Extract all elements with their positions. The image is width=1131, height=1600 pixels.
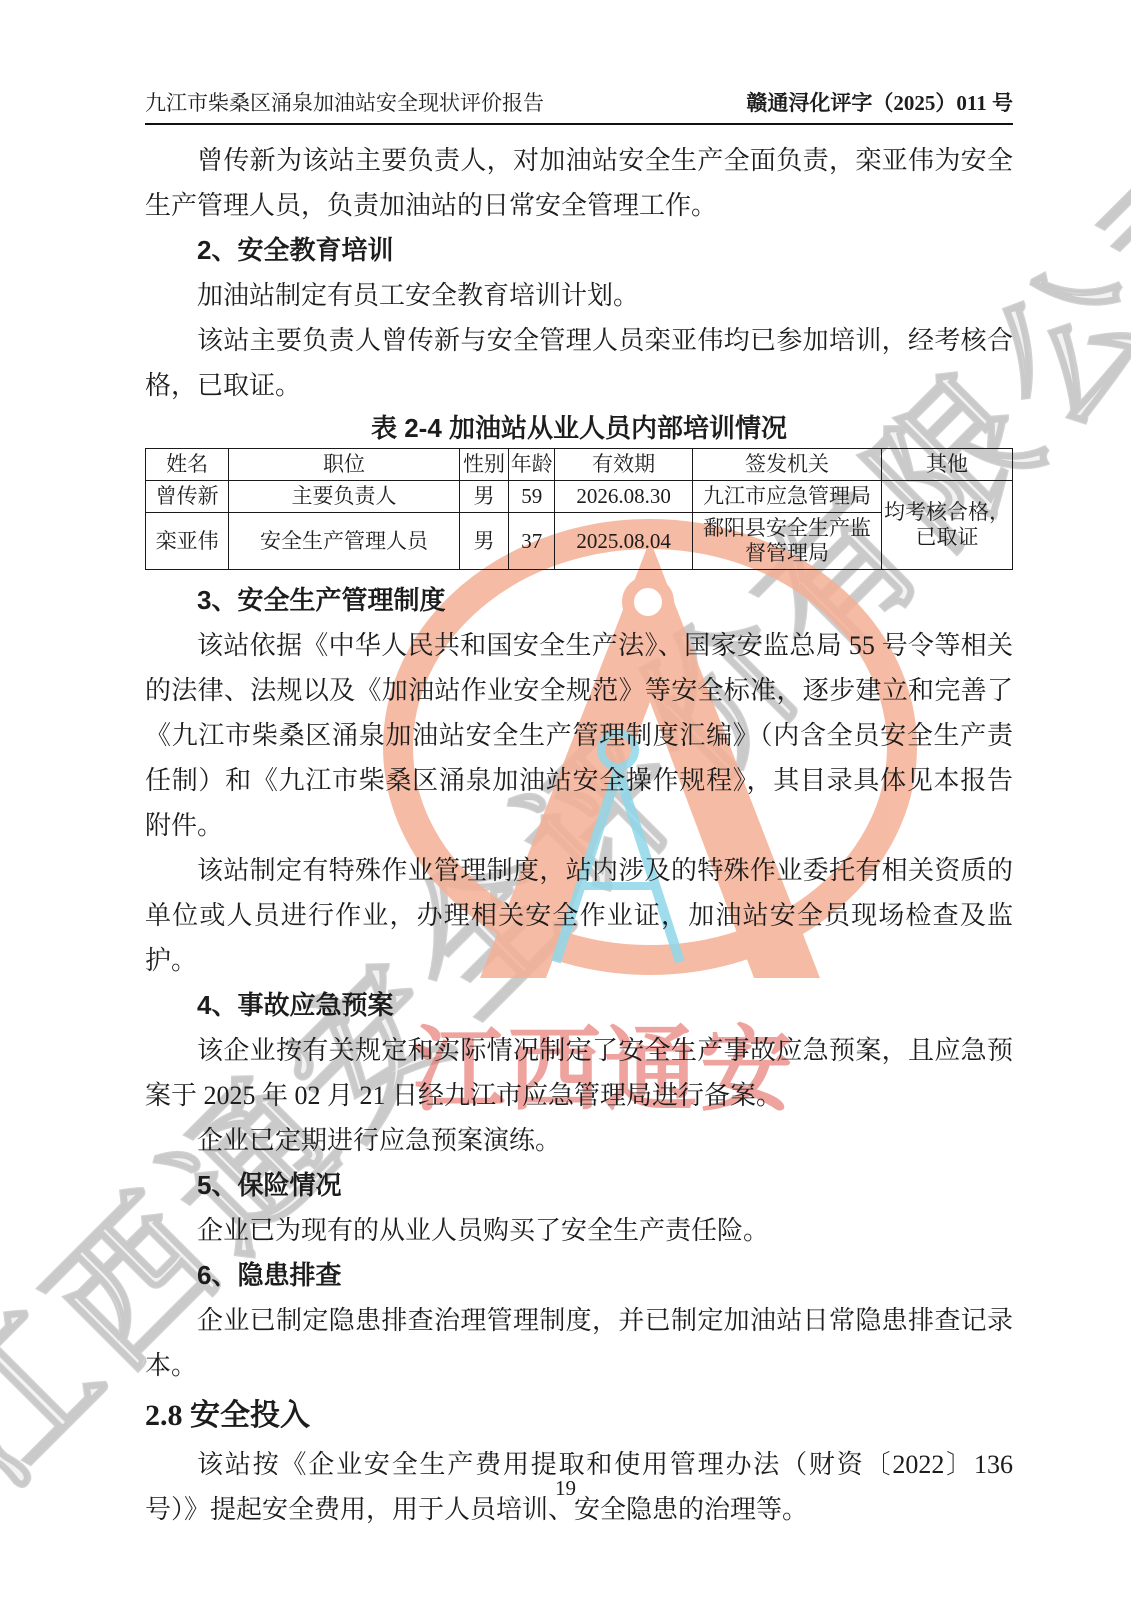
header-report-title: 九江市柴桑区涌泉加油站安全现状评价报告 <box>145 90 544 116</box>
document-page: 江西通安全评价有限公司 江西通安 九江市柴桑区涌泉加油站安全现状评价报告 赣通浔… <box>0 0 1131 1600</box>
paragraph: 该企业按有关规定和实际情况制定了安全生产事故应急预案，且应急预案于 2025 年… <box>145 1028 1013 1118</box>
col-header-valid: 有效期 <box>555 449 693 481</box>
paragraph: 企业已为现有的从业人员购买了安全生产责任险。 <box>145 1208 1013 1253</box>
col-header-gender: 性别 <box>459 449 508 481</box>
page-number: 19 <box>555 1476 576 1500</box>
cell-position: 安全生产管理人员 <box>229 513 460 570</box>
section-heading-4: 4、事故应急预案 <box>197 983 1013 1028</box>
training-table: 姓名 职位 性别 年龄 有效期 签发机关 其他 曾传新 主要负责人 男 59 2… <box>145 448 1013 570</box>
cell-valid: 2025.08.04 <box>555 513 693 570</box>
cell-gender: 男 <box>459 481 508 513</box>
section-heading-3: 3、安全生产管理制度 <box>197 578 1013 623</box>
section-heading-6: 6、隐患排查 <box>197 1253 1013 1298</box>
paragraph: 企业已制定隐患排查治理管理制度，并已制定加油站日常隐患排查记录本。 <box>145 1298 1013 1388</box>
page-footer: 19 <box>0 1476 1131 1501</box>
table-header-row: 姓名 职位 性别 年龄 有效期 签发机关 其他 <box>146 449 1013 481</box>
col-header-other: 其他 <box>882 449 1013 481</box>
section-heading-2-8: 2.8 安全投入 <box>145 1390 1013 1442</box>
paragraph: 加油站制定有员工安全教育培训计划。 <box>145 273 1013 318</box>
header-doc-number: 赣通浔化评字（2025）011 号 <box>746 90 1013 116</box>
cell-issuer: 鄱阳县安全生产监督管理局 <box>693 513 882 570</box>
cell-position: 主要负责人 <box>229 481 460 513</box>
cell-gender: 男 <box>459 513 508 570</box>
cell-age: 37 <box>509 513 555 570</box>
cell-name: 曾传新 <box>146 481 229 513</box>
paragraph: 该站依据《中华人民共和国安全生产法》、国家安监总局 55 号令等相关的法律、法规… <box>145 623 1013 848</box>
cell-valid: 2026.08.30 <box>555 481 693 513</box>
cell-name: 栾亚伟 <box>146 513 229 570</box>
col-header-position: 职位 <box>229 449 460 481</box>
cell-age: 59 <box>509 481 555 513</box>
table-row: 曾传新 主要负责人 男 59 2026.08.30 九江市应急管理局 均考核合格… <box>146 481 1013 513</box>
col-header-name: 姓名 <box>146 449 229 481</box>
col-header-issuer: 签发机关 <box>693 449 882 481</box>
paragraph: 曾传新为该站主要负责人，对加油站安全生产全面负责，栾亚伟为安全生产管理人员，负责… <box>145 138 1013 228</box>
section-heading-2: 2、安全教育培训 <box>197 228 1013 273</box>
paragraph: 该站主要负责人曾传新与安全管理人员栾亚伟均已参加培训，经考核合格，已取证。 <box>145 318 1013 408</box>
document-body: 曾传新为该站主要负责人，对加油站安全生产全面负责，栾亚伟为安全生产管理人员，负责… <box>145 138 1013 1532</box>
table-title: 表 2-4 加油站从业人员内部培训情况 <box>145 408 1013 448</box>
section-heading-5: 5、保险情况 <box>197 1163 1013 1208</box>
paragraph: 企业已定期进行应急预案演练。 <box>145 1118 1013 1163</box>
page-header: 九江市柴桑区涌泉加油站安全现状评价报告 赣通浔化评字（2025）011 号 <box>145 90 1013 125</box>
paragraph: 该站制定有特殊作业管理制度，站内涉及的特殊作业委托有相关资质的单位或人员进行作业… <box>145 848 1013 983</box>
cell-other-merged: 均考核合格，已取证 <box>882 481 1013 570</box>
cell-issuer: 九江市应急管理局 <box>693 481 882 513</box>
col-header-age: 年龄 <box>509 449 555 481</box>
